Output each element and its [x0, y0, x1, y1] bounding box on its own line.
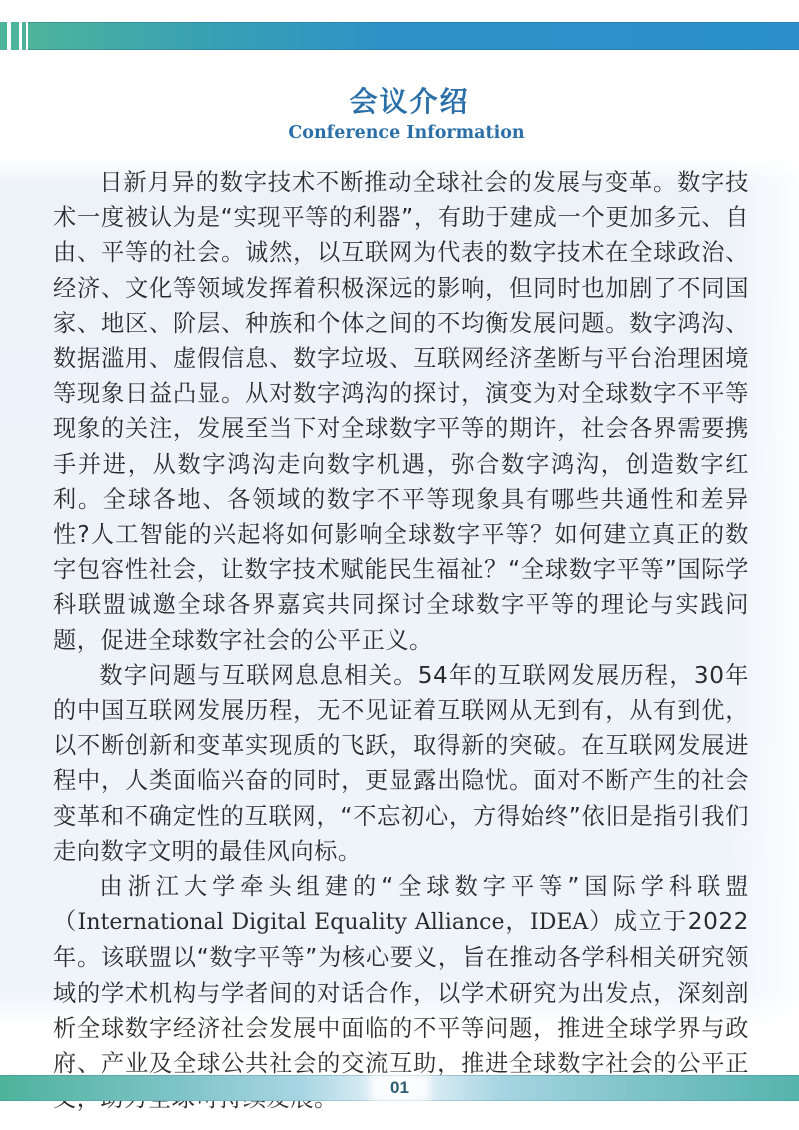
alliance-acronym: IDEA	[530, 910, 588, 935]
alliance-english-name: International Digital Equality Alliance	[78, 910, 505, 935]
header-stripe-2	[11, 22, 19, 50]
paragraph-1-text: 日新月异的数字技术不断推动全球社会的发展与变革。数字技术一度被认为是“实现平等的…	[53, 169, 749, 654]
page-number: 01	[0, 1076, 799, 1100]
paragraph-2: 数字问题与互联网息息相关。54年的互联网发展历程，30年的中国互联网发展历程，无…	[53, 658, 749, 869]
header-bar	[0, 22, 799, 50]
header-gradient-bar	[28, 22, 799, 50]
body-text: 日新月异的数字技术不断推动全球社会的发展与变革。数字技术一度被认为是“实现平等的…	[53, 165, 749, 1116]
page-subtitle: Conference Information	[14, 122, 799, 144]
header-stripe-1	[0, 22, 7, 50]
page-title: 会议介绍	[20, 82, 799, 122]
header-stripe-3	[22, 22, 26, 50]
page-title-block: 会议介绍 Conference Information	[0, 82, 799, 144]
paragraph-2-text: 数字问题与互联网息息相关。54年的互联网发展历程，30年的中国互联网发展历程，无…	[53, 662, 749, 865]
paragraph-3-comma: ，	[504, 908, 530, 935]
paragraph-1: 日新月异的数字技术不断推动全球社会的发展与变革。数字技术一度被认为是“实现平等的…	[53, 165, 749, 658]
